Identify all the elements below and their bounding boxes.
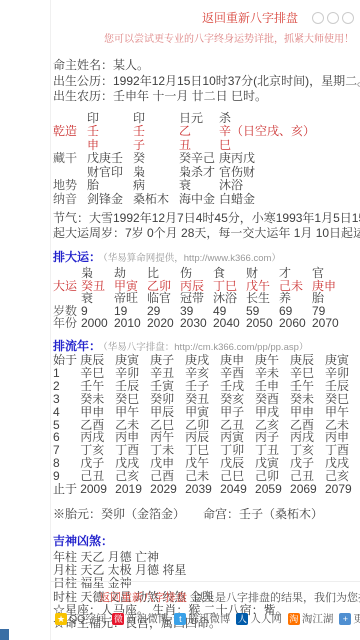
- row-label: [53, 139, 87, 153]
- table-row: 1辛巳辛卯辛丑辛亥辛酉辛未辛巳辛卯: [53, 367, 360, 380]
- share-icon: ★: [55, 613, 67, 625]
- table-cell: 2009: [80, 483, 115, 496]
- table-cell: 戊庚壬: [87, 152, 133, 166]
- row-label: [53, 292, 81, 305]
- share-link[interactable]: 淘淘江湖: [288, 611, 334, 626]
- share-link[interactable]: +更多: [339, 611, 360, 626]
- table-cell: 胎: [312, 292, 345, 305]
- table-cell: 辛未: [255, 367, 290, 380]
- table-cell: 壬辰: [325, 380, 360, 393]
- table-row: 3癸未癸巳癸卯癸丑癸亥癸酉癸未癸巳: [53, 393, 360, 406]
- table-cell: 甲申: [80, 406, 115, 419]
- main-content: 返回重新八字排盘 您可以尝试更专业的八字终身运势详批，抓紧大师使用！ 命主姓名：…: [50, 0, 360, 640]
- shensha-title: 吉神凶煞：: [53, 532, 360, 549]
- row-label: 3: [53, 393, 80, 406]
- table-cell: 2079: [325, 483, 360, 496]
- table-cell: 壬午: [290, 380, 325, 393]
- owner-lunar-line: 出生农历：壬申年 十一月 廿二日 巳时。: [53, 89, 360, 105]
- table-cell: 财: [246, 267, 279, 280]
- liunian-section: 排流年：（华易八字排盘：http://cm.k366.com/pp/pp.asp…: [53, 337, 360, 496]
- table-cell: 印: [87, 112, 133, 126]
- table-cell: 2039: [185, 483, 220, 496]
- row-label: 4: [53, 406, 80, 419]
- table-cell: 白蜡金: [219, 193, 315, 207]
- table-cell: 帝旺: [114, 292, 147, 305]
- table-cell: 养: [279, 292, 312, 305]
- header-promo-text: 您可以尝试更专业的八字终身运势详批，抓紧大师使用！: [53, 30, 354, 45]
- table-row: 衰帝旺临官冠带沐浴长生养胎: [53, 292, 345, 305]
- row-label: 乾造: [53, 125, 87, 139]
- table-row: 2壬午壬辰壬寅壬子壬戌壬申壬午壬辰: [53, 380, 360, 393]
- table-cell: 冠带: [180, 292, 213, 305]
- dayun-source: （华易算命网提供，http://www.k366.com）: [103, 253, 281, 264]
- circle-icon[interactable]: [312, 12, 324, 24]
- table-cell: 壬子: [185, 380, 220, 393]
- table-row: 财官印枭枭杀才官伤财: [53, 166, 315, 180]
- table-cell: 癸未: [80, 393, 115, 406]
- table-cell: 病: [133, 179, 179, 193]
- table-cell: 庚辰: [80, 354, 115, 367]
- row-label: 藏干: [53, 152, 87, 166]
- table-cell: 胎: [87, 179, 133, 193]
- table-cell: 枭: [81, 267, 114, 280]
- table-cell: 长生: [246, 292, 279, 305]
- row-label: 年份: [53, 317, 81, 330]
- table-row: 藏干戊庚壬癸癸辛己庚丙戊: [53, 152, 315, 166]
- table-cell: 才: [279, 267, 312, 280]
- table-cell: 2069: [290, 483, 325, 496]
- table-cell: 甲申: [290, 406, 325, 419]
- table-cell: 财官印: [87, 166, 133, 180]
- table-cell: 枭: [133, 166, 179, 180]
- table-cell: 2040: [213, 317, 246, 330]
- table-row: 申子丑巳: [53, 139, 315, 153]
- owner-solar-line: 出生公历：1992年12月15日10时37分(北京时间)，星期二。: [53, 74, 360, 90]
- table-cell: 辛卯: [115, 367, 150, 380]
- owner-info: 命主姓名：某人。 出生公历：1992年12月15日10时37分(北京时间)，星期…: [53, 58, 360, 105]
- table-cell: 壬寅: [150, 380, 185, 393]
- four-pillars-table: 印印日元杀乾造壬壬乙辛（日空戌、亥）申子丑巳藏干戊庚壬癸癸辛己庚丙戊财官印枭枭杀…: [53, 112, 315, 207]
- table-row: 枭劫比伤食财才官: [53, 267, 345, 280]
- table-row: 地势胎病衰沐浴: [53, 179, 315, 193]
- table-cell: 甲寅: [185, 406, 220, 419]
- table-cell: 衰: [179, 179, 219, 193]
- dayun-table: 枭劫比伤食财才官大运癸丑甲寅乙卯丙辰丁巳戊午己未庚申衰帝旺临官冠带沐浴长生养胎岁…: [53, 267, 345, 330]
- row-label: [53, 112, 87, 126]
- table-cell: 食: [213, 267, 246, 280]
- share-link[interactable]: 人人人网: [236, 611, 282, 626]
- share-bar: ★QQ空间微新浪微博t腾讯微博人人人网淘淘江湖+更多将结果粘贴到你的博客，方便以: [51, 607, 360, 626]
- row-label: 始于: [53, 354, 80, 367]
- dayun-start-line: 起大运周岁：7岁 0个月 28天，每一交大运年 1月 10日起运(公历)。: [53, 226, 360, 241]
- table-cell: 官: [312, 267, 345, 280]
- table-cell: 枭杀才: [179, 166, 219, 180]
- page-header: 返回重新八字排盘 您可以尝试更专业的八字终身运势详批，抓紧大师使用！: [53, 0, 360, 45]
- table-cell: 申: [87, 139, 133, 153]
- table-cell: 庚子: [150, 354, 185, 367]
- share-icon: 人: [236, 613, 248, 625]
- table-cell: 2019: [115, 483, 150, 496]
- table-cell: 庚戌: [185, 354, 220, 367]
- row-label: [53, 267, 81, 280]
- share-link[interactable]: t腾讯微博: [174, 611, 230, 626]
- table-cell: 辛酉: [220, 367, 255, 380]
- share-icon: 微: [112, 613, 124, 625]
- table-cell: 癸卯: [150, 393, 185, 406]
- table-cell: 庚午: [255, 354, 290, 367]
- share-icon: t: [174, 613, 186, 625]
- table-cell: 辛巳: [290, 367, 325, 380]
- page-footer: 返回重新八字排盘 以上是八字排盘的结果，我们为您推荐—— 更专业的 终身运势详 …: [51, 581, 360, 626]
- jieqi-line: 节气：大雪1992年12月7日4时45分，小寒1993年1月5日15时56分: [53, 211, 360, 226]
- table-cell: 印: [133, 112, 179, 126]
- back-to-paipan-link-bottom[interactable]: 返回重新八字排盘: [99, 589, 187, 605]
- table-cell: 伤: [180, 267, 213, 280]
- table-cell: 2050: [246, 317, 279, 330]
- taiyuan-minggong-line: ※胎元：癸卯（金箔金） 命宫：壬子（桑柘木）: [53, 505, 360, 522]
- table-row: 年份20002010202020302040205020602070: [53, 317, 345, 330]
- table-cell: 壬: [133, 125, 179, 139]
- back-to-paipan-link[interactable]: 返回重新八字排盘: [202, 9, 298, 26]
- footer-promo-line: 返回重新八字排盘 以上是八字排盘的结果，我们为您推荐—— 更专业的 终身运势详: [51, 587, 360, 607]
- table-cell: 临官: [147, 292, 180, 305]
- share-label: 新浪微博: [126, 611, 168, 626]
- share-label: QQ空间: [69, 611, 106, 626]
- table-cell: 庚申: [220, 354, 255, 367]
- table-cell: 辛（日空戌、亥）: [219, 125, 315, 139]
- row-label: 止于: [53, 483, 80, 496]
- table-cell: 庚丙戊: [219, 152, 315, 166]
- table-row: 始于庚辰庚寅庚子庚戌庚申庚午庚辰庚寅: [53, 354, 360, 367]
- table-cell: 癸巳: [325, 393, 360, 406]
- table-cell: 衰: [81, 292, 114, 305]
- table-cell: 劫: [114, 267, 147, 280]
- table-row: 乾造壬壬乙辛（日空戌、亥）: [53, 125, 315, 139]
- table-cell: 甲子: [220, 406, 255, 419]
- share-label: 淘江湖: [302, 611, 334, 626]
- table-cell: 壬午: [80, 380, 115, 393]
- table-cell: 壬: [87, 125, 133, 139]
- row-label: 纳音: [53, 193, 87, 207]
- table-cell: 壬辰: [115, 380, 150, 393]
- table-cell: 2010: [114, 317, 147, 330]
- table-cell: 沐浴: [213, 292, 246, 305]
- table-cell: 2060: [279, 317, 312, 330]
- row-label: 大运: [53, 280, 81, 293]
- table-cell: 癸辛己: [179, 152, 219, 166]
- table-cell: 甲辰: [150, 406, 185, 419]
- table-cell: 庚寅: [115, 354, 150, 367]
- table-cell: 癸未: [290, 393, 325, 406]
- table-cell: 辛卯: [325, 367, 360, 380]
- table-cell: 辛丑: [150, 367, 185, 380]
- table-row: 4甲申甲午甲辰甲寅甲子甲戌甲申甲午: [53, 406, 360, 419]
- table-cell: 甲午: [325, 406, 360, 419]
- circle-icon[interactable]: [327, 12, 339, 24]
- table-cell: 杀: [219, 112, 315, 126]
- floating-widget[interactable]: [0, 629, 9, 640]
- table-cell: 丑: [179, 139, 219, 153]
- table-cell: 2020: [147, 317, 180, 330]
- owner-name-line: 命主姓名：某人。: [53, 58, 360, 74]
- circle-icon[interactable]: [342, 12, 354, 24]
- table-cell: 2029: [150, 483, 185, 496]
- liunian-title: 排流年：: [53, 339, 101, 353]
- table-cell: 甲戌: [255, 406, 290, 419]
- dayun-section: 排大运：（华易算命网提供，http://www.k366.com） 枭劫比伤食财…: [53, 248, 360, 330]
- footer-promo-front: 以上是八字排盘的结果，我们为您推荐——: [193, 589, 360, 605]
- share-link[interactable]: ★QQ空间: [55, 611, 106, 626]
- table-cell: 桑柘木: [133, 193, 179, 207]
- table-cell: 辛亥: [185, 367, 220, 380]
- table-cell: 2070: [312, 317, 345, 330]
- table-cell: 癸: [133, 152, 179, 166]
- table-cell: 庚辰: [290, 354, 325, 367]
- table-cell: 癸酉: [255, 393, 290, 406]
- table-cell: 比: [147, 267, 180, 280]
- table-cell: 剑锋金: [87, 193, 133, 207]
- table-cell: 癸巳: [115, 393, 150, 406]
- table-cell: 2030: [180, 317, 213, 330]
- table-cell: 2000: [81, 317, 114, 330]
- liunian-source: （华易八字排盘：http://cm.k366.com/pp/pp.asp）: [103, 342, 308, 353]
- share-link[interactable]: 微新浪微博: [112, 611, 168, 626]
- row-label: 1: [53, 367, 80, 380]
- share-icon: 淘: [288, 613, 300, 625]
- table-cell: 壬申: [255, 380, 290, 393]
- row-label: [53, 166, 87, 180]
- dayun-title: 排大运：: [53, 250, 101, 264]
- table-cell: 甲午: [115, 406, 150, 419]
- table-cell: 辛巳: [80, 367, 115, 380]
- header-circle-buttons: [312, 12, 354, 24]
- table-cell: 日元: [179, 112, 219, 126]
- table-cell: 2049: [220, 483, 255, 496]
- table-cell: 海中金: [179, 193, 219, 207]
- share-label: 更多: [353, 611, 360, 626]
- table-cell: 乙: [179, 125, 219, 139]
- table-cell: 子: [133, 139, 179, 153]
- table-cell: 癸亥: [220, 393, 255, 406]
- table-cell: 壬戌: [220, 380, 255, 393]
- table-row: 纳音剑锋金桑柘木海中金白蜡金: [53, 193, 315, 207]
- share-label: 腾讯微博: [188, 611, 230, 626]
- share-label: 人人网: [250, 611, 282, 626]
- table-cell: 庚寅: [325, 354, 360, 367]
- table-row: 止于20092019202920392049205920692079: [53, 483, 360, 496]
- table-cell: 癸丑: [185, 393, 220, 406]
- row-label: 2: [53, 380, 80, 393]
- table-cell: 沐浴: [219, 179, 315, 193]
- table-cell: 2059: [255, 483, 290, 496]
- table-cell: 官伤财: [219, 166, 315, 180]
- share-icon: +: [339, 613, 351, 625]
- table-cell: 巳: [219, 139, 315, 153]
- solar-terms-info: 节气：大雪1992年12月7日4时45分，小寒1993年1月5日15时56分 起…: [53, 211, 360, 241]
- liunian-table: 始于庚辰庚寅庚子庚戌庚申庚午庚辰庚寅1辛巳辛卯辛丑辛亥辛酉辛未辛巳辛卯2壬午壬辰…: [53, 354, 360, 496]
- table-row: 印印日元杀: [53, 112, 315, 126]
- row-label: 地势: [53, 179, 87, 193]
